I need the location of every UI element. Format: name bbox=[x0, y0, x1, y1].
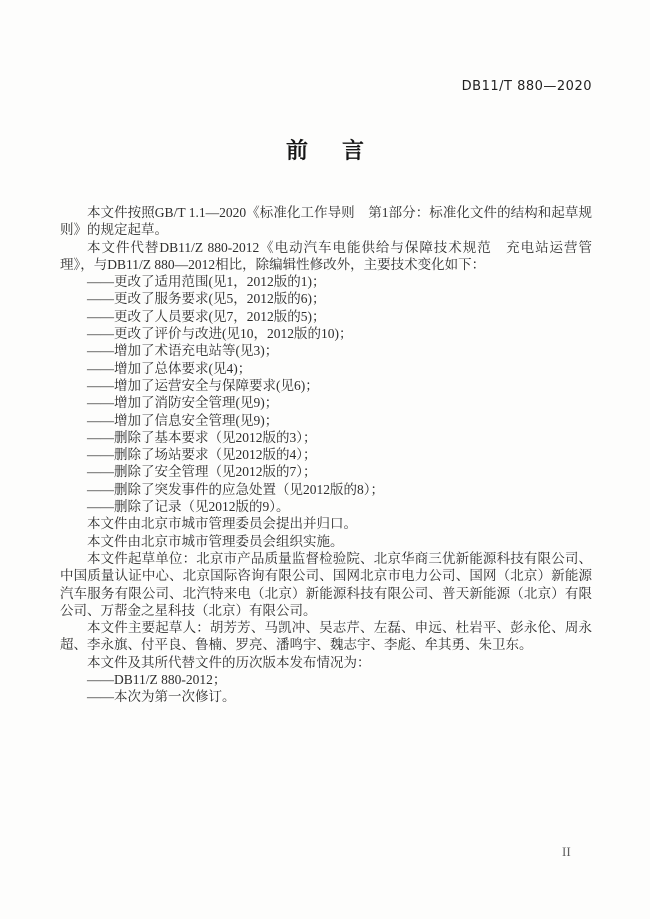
change-item: ——增加了运营安全与保障要求(见6)； bbox=[60, 377, 592, 394]
para-proposed-by: 本文件由北京市城市管理委员会提出并归口。 bbox=[60, 515, 592, 532]
change-item: ——更改了人员要求(见7，2012版的5)； bbox=[60, 308, 592, 325]
foreword-title-char-left: 前 bbox=[286, 140, 308, 164]
change-item: ——更改了服务要求(见5，2012版的6)； bbox=[60, 290, 592, 307]
para-replacement: 本文件代替DB11/Z 880-2012《电动汽车电能供给与保障技术规范 充电站… bbox=[60, 239, 592, 274]
change-item: ——更改了评价与改进(见10，2012版的10)； bbox=[60, 325, 592, 342]
para-implemented-by: 本文件由北京市城市管理委员会组织实施。 bbox=[60, 533, 592, 550]
change-item: ——删除了场站要求（见2012版的4）； bbox=[60, 446, 592, 463]
change-item: ——增加了总体要求(见4)； bbox=[60, 360, 592, 377]
change-item: ——更改了适用范围(见1，2012版的1)； bbox=[60, 273, 592, 290]
change-item: ——增加了术语充电站等(见3)； bbox=[60, 342, 592, 359]
change-item: ——删除了记录（见2012版的9）。 bbox=[60, 498, 592, 515]
change-item: ——删除了突发事件的应急处置（见2012版的8）； bbox=[60, 481, 592, 498]
foreword-body: 本文件按照GB/T 1.1—2020《标准化工作导则 第1部分：标准化文件的结构… bbox=[60, 204, 592, 706]
para-drafters: 本文件主要起草人：胡芳芳、马凯冲、吴志芹、左磊、申远、杜岩平、彭永伦、周永超、李… bbox=[60, 619, 592, 654]
document-page: DB11/T 880—2020 前 言 本文件按照GB/T 1.1—2020《标… bbox=[0, 0, 650, 919]
para-drafting-basis: 本文件按照GB/T 1.1—2020《标准化工作导则 第1部分：标准化文件的结构… bbox=[60, 204, 592, 239]
history-item: ——本次为第一次修订。 bbox=[60, 688, 592, 705]
history-item: ——DB11/Z 880-2012； bbox=[60, 671, 592, 688]
change-item: ——删除了基本要求（见2012版的3）； bbox=[60, 429, 592, 446]
para-history-intro: 本文件及其所代替文件的历次版本发布情况为： bbox=[60, 654, 592, 671]
page-number: II bbox=[562, 844, 571, 860]
change-item: ——增加了信息安全管理(见9)； bbox=[60, 412, 592, 429]
para-drafting-orgs: 本文件起草单位：北京市产品质量监督检验院、北京华商三优新能源科技有限公司、中国质… bbox=[60, 550, 592, 619]
change-item: ——删除了安全管理（见2012版的7）； bbox=[60, 463, 592, 480]
doc-code-header: DB11/T 880—2020 bbox=[462, 79, 592, 94]
foreword-title-char-right: 言 bbox=[342, 140, 364, 164]
foreword-title: 前 言 bbox=[0, 140, 650, 164]
change-item: ——增加了消防安全管理(见9)； bbox=[60, 394, 592, 411]
